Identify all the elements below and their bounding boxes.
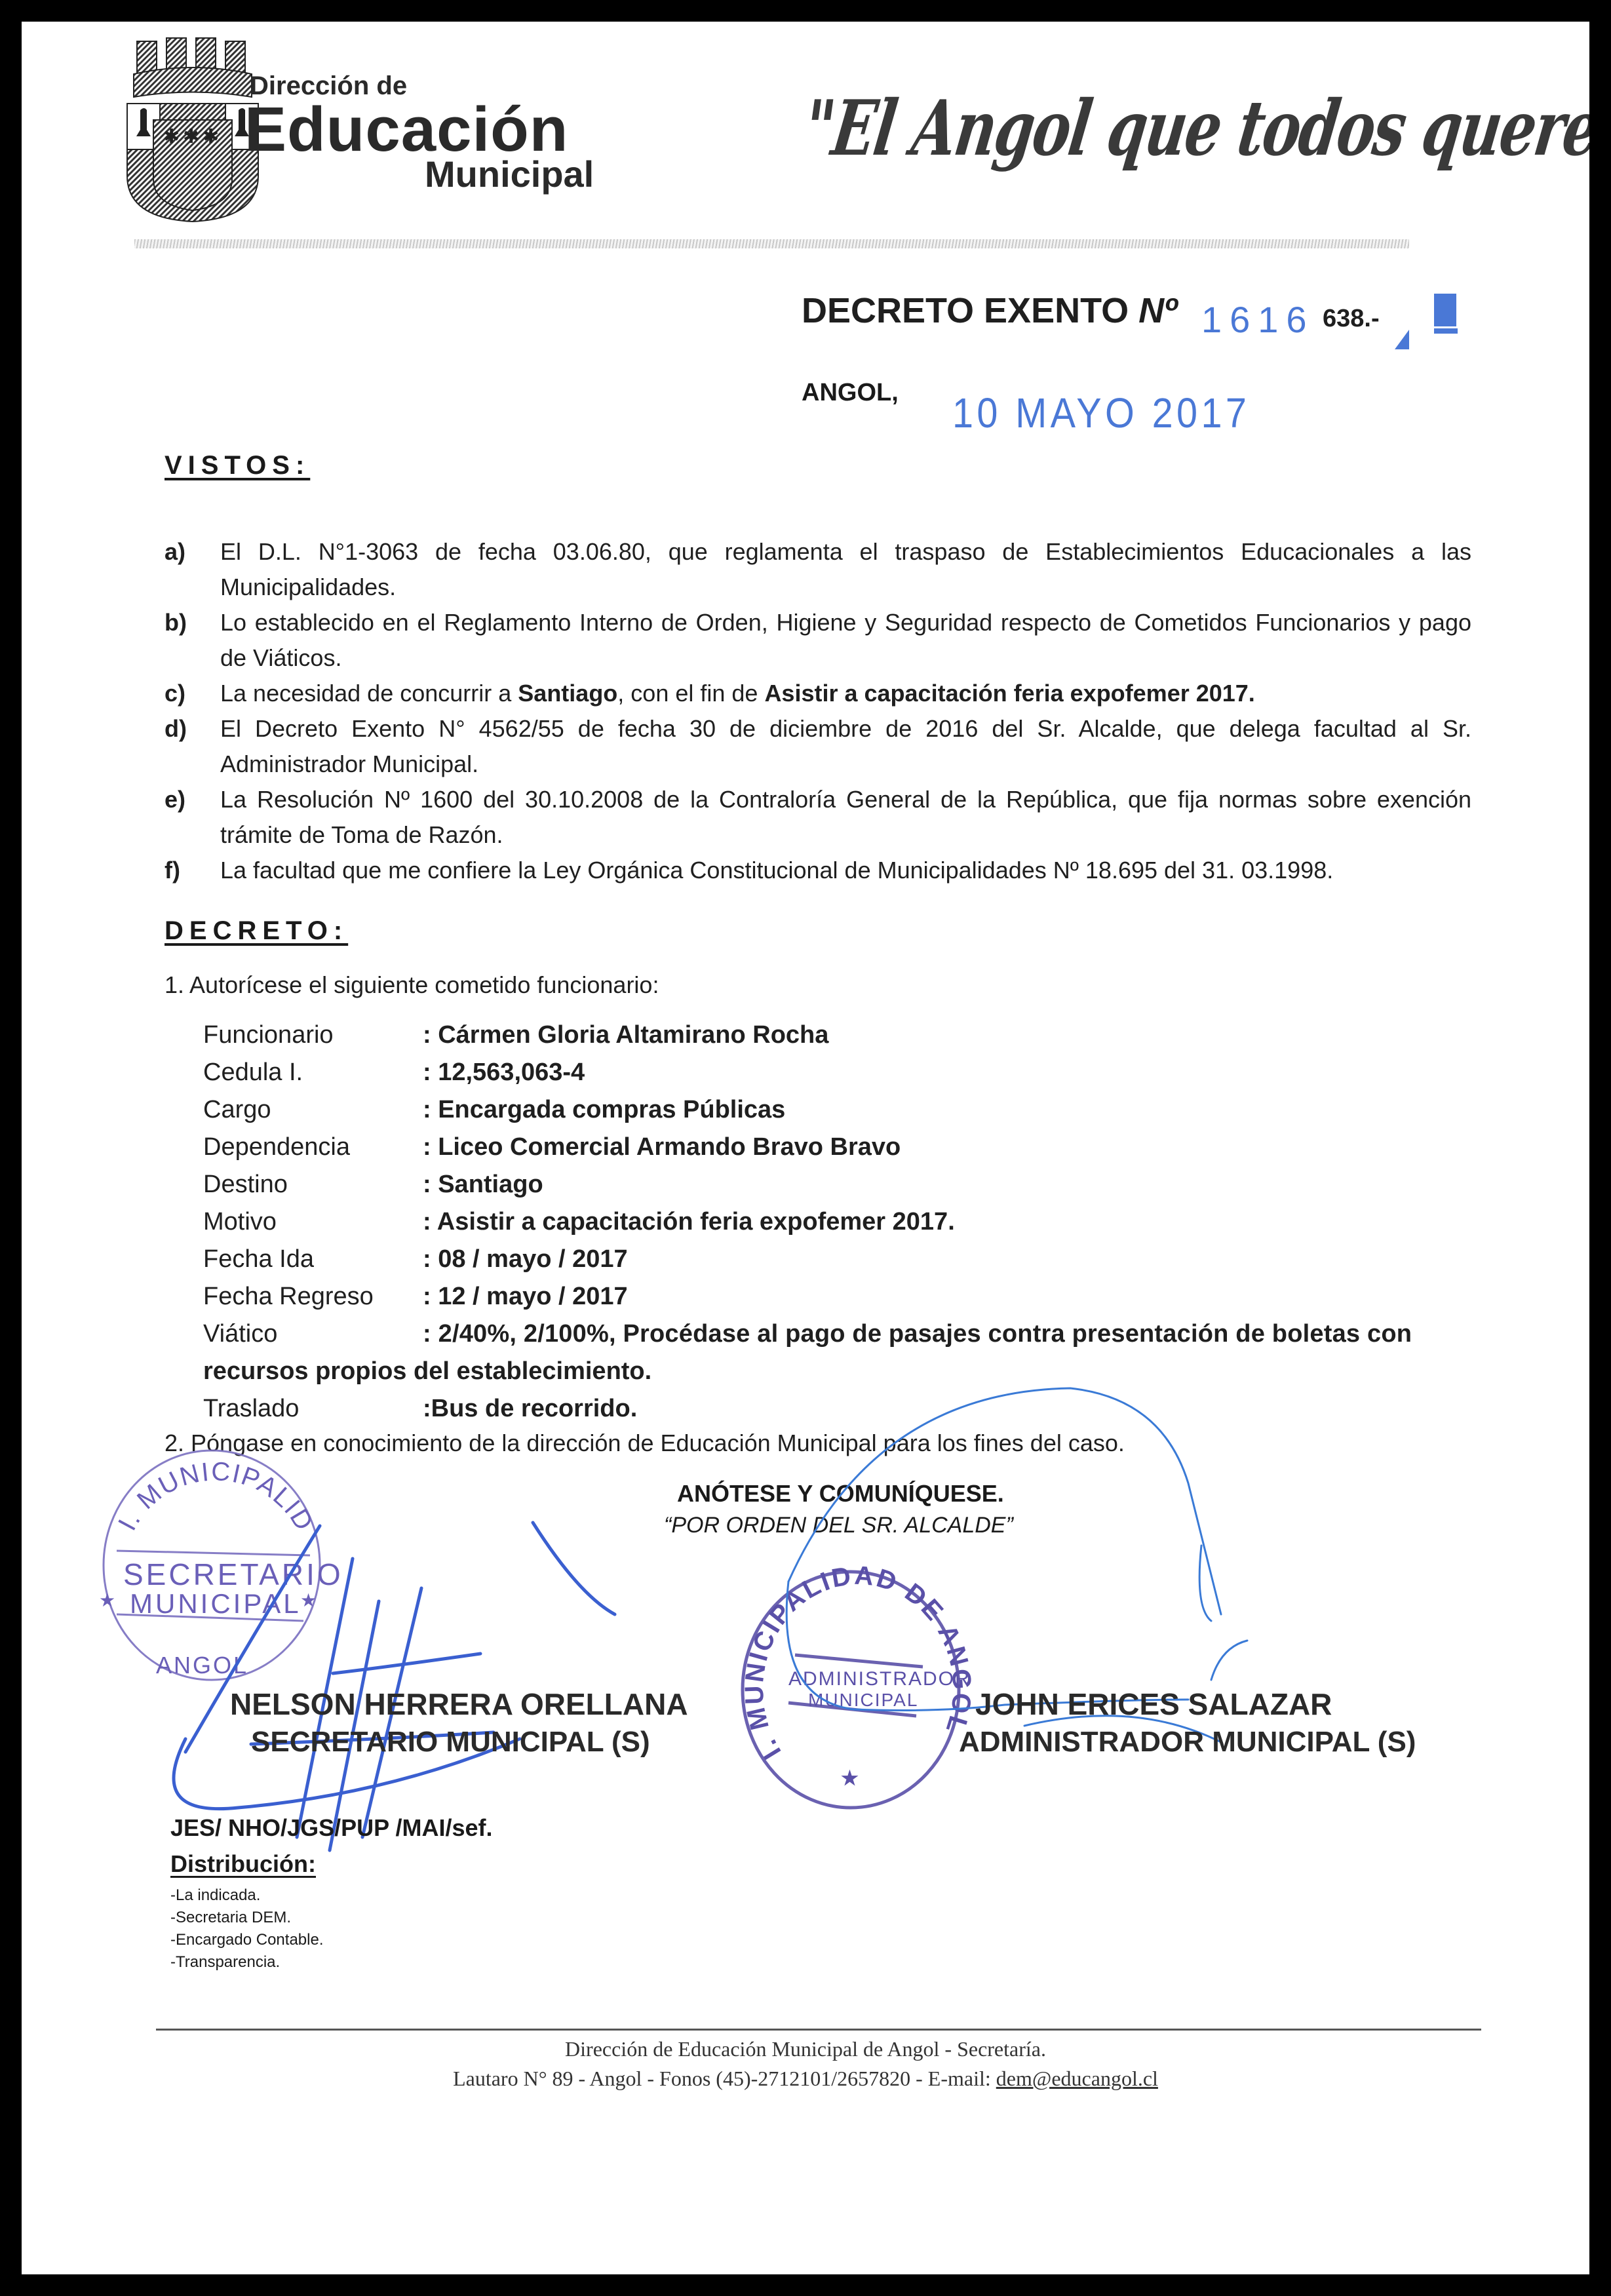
signatory-name-administrador: JOHN ERICES SALAZAR <box>975 1686 1332 1722</box>
city-label: ANGOL, <box>802 379 899 407</box>
list-item: e) La Resolución Nº 1600 del 30.10.2008 … <box>165 782 1471 853</box>
item-text-part: , con el fin de <box>617 680 764 707</box>
signatory-title-administrador: ADMINISTRADOR MUNICIPAL (S) <box>959 1726 1416 1759</box>
list-item: a) El D.L. N°1-3063 de fecha 03.06.80, q… <box>165 534 1471 605</box>
distribution-heading: Distribución: <box>170 1850 316 1878</box>
stamp-mark <box>1434 294 1456 326</box>
document-page: ✱✱✱ Dirección de Educación Municipal "El… <box>22 22 1589 2274</box>
closing-por-orden: “POR ORDEN DEL SR. ALCALDE” <box>664 1513 1013 1538</box>
detail-row: Funcionario: Cármen Gloria Altamirano Ro… <box>203 1017 1471 1054</box>
field-label: Cargo <box>203 1091 423 1129</box>
detail-row: Motivo: Asistir a capacitación feria exp… <box>203 1203 1471 1241</box>
distribution-list: -La indicada. -Secretaria DEM. -Encargad… <box>170 1884 323 1974</box>
svg-text:★: ★ <box>841 1768 859 1789</box>
footer-org-line: Dirección de Educación Municipal de Ango… <box>22 2037 1589 2061</box>
field-value: : Asistir a capacitación feria expofemer… <box>423 1203 1471 1241</box>
svg-text:★: ★ <box>300 1590 317 1610</box>
list-item: b) Lo establecido en el Reglamento Inter… <box>165 605 1471 676</box>
svg-text:✱: ✱ <box>203 126 219 147</box>
decree-number-stamp: 1616 <box>1201 298 1315 341</box>
distribution-item: -Secretaria DEM. <box>170 1907 323 1929</box>
decreto-heading: DECRETO: <box>165 916 348 946</box>
field-label: Funcionario <box>203 1017 423 1054</box>
stamp-mark <box>1395 330 1409 349</box>
field-label: Traslado <box>203 1390 423 1428</box>
item-text-part: La necesidad de concurrir a <box>220 680 518 707</box>
vistos-list: a) El D.L. N°1-3063 de fecha 03.06.80, q… <box>165 534 1471 888</box>
decree-title-text: DECRETO EXENTO <box>802 291 1138 330</box>
distribution-item: -Encargado Contable. <box>170 1929 323 1951</box>
distribution-item: -La indicada. <box>170 1884 323 1907</box>
decree-number-suffix: 638.- <box>1323 305 1380 333</box>
purpose-text: Asistir a capacitación feria expofemer 2… <box>764 680 1254 707</box>
item-text: La Resolución Nº 1600 del 30.10.2008 de … <box>220 782 1471 853</box>
seal-text-bottom: ANGOL <box>156 1652 248 1679</box>
detail-row: Fecha Ida: 08 / mayo / 2017 <box>203 1241 1471 1278</box>
email-link[interactable]: dem@educangol.cl <box>996 2067 1158 2090</box>
item-text: El Decreto Exento N° 4562/55 de fecha 30… <box>220 711 1471 782</box>
field-value: : Encargada compras Públicas <box>423 1091 1471 1129</box>
item-text: La necesidad de concurrir a Santiago, co… <box>220 676 1471 711</box>
item-text: La facultad que me confiere la Ley Orgán… <box>220 853 1471 888</box>
signatory-title-secretario: SECRETARIO MUNICIPAL (S) <box>251 1726 650 1759</box>
item-marker: e) <box>165 782 220 853</box>
destination-text: Santiago <box>518 680 617 707</box>
detail-row: Cedula I.: 12,563,063-4 <box>203 1054 1471 1091</box>
field-label: Motivo <box>203 1203 423 1241</box>
field-label: Fecha Ida <box>203 1241 423 1278</box>
field-label: Viático <box>203 1315 423 1353</box>
svg-text:I. MUNICIPALIDAD DE ANGOL: I. MUNICIPALIDAD DE ANGOL <box>740 1561 977 1764</box>
header-divider <box>134 239 1409 248</box>
reference-initials: JES/ NHO/JGS/PUP /MAI/sef. <box>170 1814 492 1842</box>
field-label: Destino <box>203 1166 423 1203</box>
detail-row: Fecha Regreso: 12 / mayo / 2017 <box>203 1278 1471 1315</box>
closing-anotese: ANÓTESE Y COMUNÍQUESE. <box>677 1480 1004 1508</box>
list-item: f) La facultad que me confiere la Ley Or… <box>165 853 1471 888</box>
vistos-heading: VISTOS: <box>165 451 310 480</box>
secretario-seal-icon <box>104 1450 320 1680</box>
footer-contact-line: Lautaro N° 89 - Angol - Fonos (45)-27121… <box>22 2067 1589 2091</box>
signatory-name-secretario: NELSON HERRERA ORELLANA <box>230 1686 688 1722</box>
date-stamp: 10 MAYO 2017 <box>952 389 1250 437</box>
item-marker: c) <box>165 676 220 711</box>
motto: "El Angol que todos queremos..." <box>799 84 1589 173</box>
seal-text: MUNICIPAL <box>808 1690 918 1710</box>
distribution-item: -Transparencia. <box>170 1951 323 1974</box>
seal-text: SECRETARIO <box>123 1557 343 1591</box>
field-label: Dependencia <box>203 1129 423 1166</box>
svg-text:✱: ✱ <box>183 126 199 147</box>
authorization-details: Funcionario: Cármen Gloria Altamirano Ro… <box>203 1017 1471 1428</box>
stamp-mark <box>1434 328 1458 334</box>
field-value: : 12 / mayo / 2017 <box>423 1278 1471 1315</box>
seal-text-ring: I. MUNICIPALIDAD DE ANGOL <box>740 1561 977 1764</box>
detail-row: Dependencia: Liceo Comercial Armando Bra… <box>203 1129 1471 1166</box>
seal-text: ADMINISTRADOR <box>788 1668 971 1690</box>
administrador-seal-icon <box>743 1572 959 1808</box>
detail-row: Viático: 2/40%, 2/100%, Procédase al pag… <box>203 1315 1471 1353</box>
item-marker: b) <box>165 605 220 676</box>
item-text: El D.L. N°1-3063 de fecha 03.06.80, que … <box>220 534 1471 605</box>
detail-row: Cargo: Encargada compras Públicas <box>203 1091 1471 1129</box>
field-value-continuation: recursos propios del establecimiento. <box>203 1353 651 1390</box>
footer-address: Lautaro N° 89 - Angol - Fonos (45)-27121… <box>453 2067 996 2090</box>
field-label: Fecha Regreso <box>203 1278 423 1315</box>
field-value: : Santiago <box>423 1166 1471 1203</box>
item-text: Lo establecido en el Reglamento Interno … <box>220 605 1471 676</box>
field-value: :Bus de recorrido. <box>423 1390 1471 1428</box>
field-value: : 2/40%, 2/100%, Procédase al pago de pa… <box>423 1315 1471 1353</box>
org-name-line3: Municipal <box>425 153 594 195</box>
seal-text: MUNICIPAL <box>130 1588 301 1619</box>
field-value: : Liceo Comercial Armando Bravo Bravo <box>423 1129 1471 1166</box>
item-marker: f) <box>165 853 220 888</box>
list-item: d) El Decreto Exento N° 4562/55 de fecha… <box>165 711 1471 782</box>
decree-point-2: 2. Póngase en conocimiento de la direcci… <box>165 1426 1125 1461</box>
field-label: Cedula I. <box>203 1054 423 1091</box>
detail-row: Destino: Santiago <box>203 1166 1471 1203</box>
detail-row: recursos propios del establecimiento. <box>203 1353 1471 1390</box>
item-marker: d) <box>165 711 220 782</box>
svg-text:✱: ✱ <box>163 126 180 147</box>
field-value: : Cármen Gloria Altamirano Rocha <box>423 1017 1471 1054</box>
decree-title: DECRETO EXENTO Nº <box>802 290 1177 331</box>
list-item: c) La necesidad de concurrir a Santiago,… <box>165 676 1471 711</box>
footer-divider <box>156 2029 1481 2031</box>
svg-text:★: ★ <box>99 1590 115 1610</box>
detail-row: Traslado:Bus de recorrido. <box>203 1390 1471 1428</box>
item-marker: a) <box>165 534 220 605</box>
field-value: : 12,563,063-4 <box>423 1054 1471 1091</box>
field-value: : 08 / mayo / 2017 <box>423 1241 1471 1278</box>
decree-point-1: 1. Autorícese el siguiente cometido func… <box>165 967 659 1003</box>
decree-number-symbol: Nº <box>1138 291 1177 330</box>
